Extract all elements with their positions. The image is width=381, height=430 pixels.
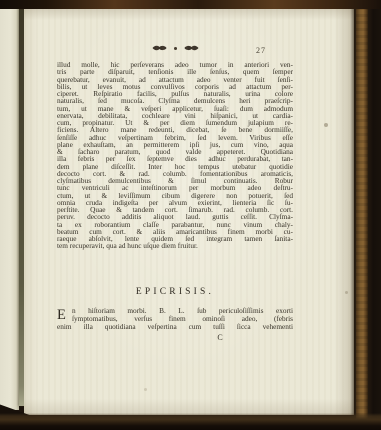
catchword: C xyxy=(210,333,230,342)
ornament-dot-icon xyxy=(174,47,177,50)
book-page: 27 illud molle, hic perſeverans adeo tum… xyxy=(24,8,354,415)
foxing-speck xyxy=(345,291,348,294)
epicrisis-paragraph: E n hiſtoriam morbi. B. L. ſub periculoſ… xyxy=(57,307,293,330)
binding-edge xyxy=(368,0,381,430)
foxing-speck xyxy=(324,123,328,127)
text-line: enim illa quotidiana veſpertina cum tuſſ… xyxy=(57,323,293,331)
drop-cap: E xyxy=(57,308,66,322)
binding-board xyxy=(356,0,368,430)
text-line: tem recuperavit, qua ad hunc uſque diem … xyxy=(57,242,293,249)
main-paragraph: illud molle, hic perſeverans adeo tumor … xyxy=(57,61,293,250)
binding-bottom xyxy=(0,413,381,430)
page-number: 27 xyxy=(246,46,276,55)
binding-top xyxy=(0,0,381,9)
fleuron-right-icon xyxy=(184,45,199,51)
book-photo: 27 illud molle, hic perſeverans adeo tum… xyxy=(0,0,381,430)
facing-page-edge xyxy=(0,8,19,410)
section-heading: EPICRISIS. xyxy=(57,287,293,297)
epicrisis-lines: n hiſtoriam morbi. B. L. ſub periculoſiſ… xyxy=(57,307,293,330)
fleuron-left-icon xyxy=(152,45,167,51)
foxing-speck xyxy=(144,388,147,391)
